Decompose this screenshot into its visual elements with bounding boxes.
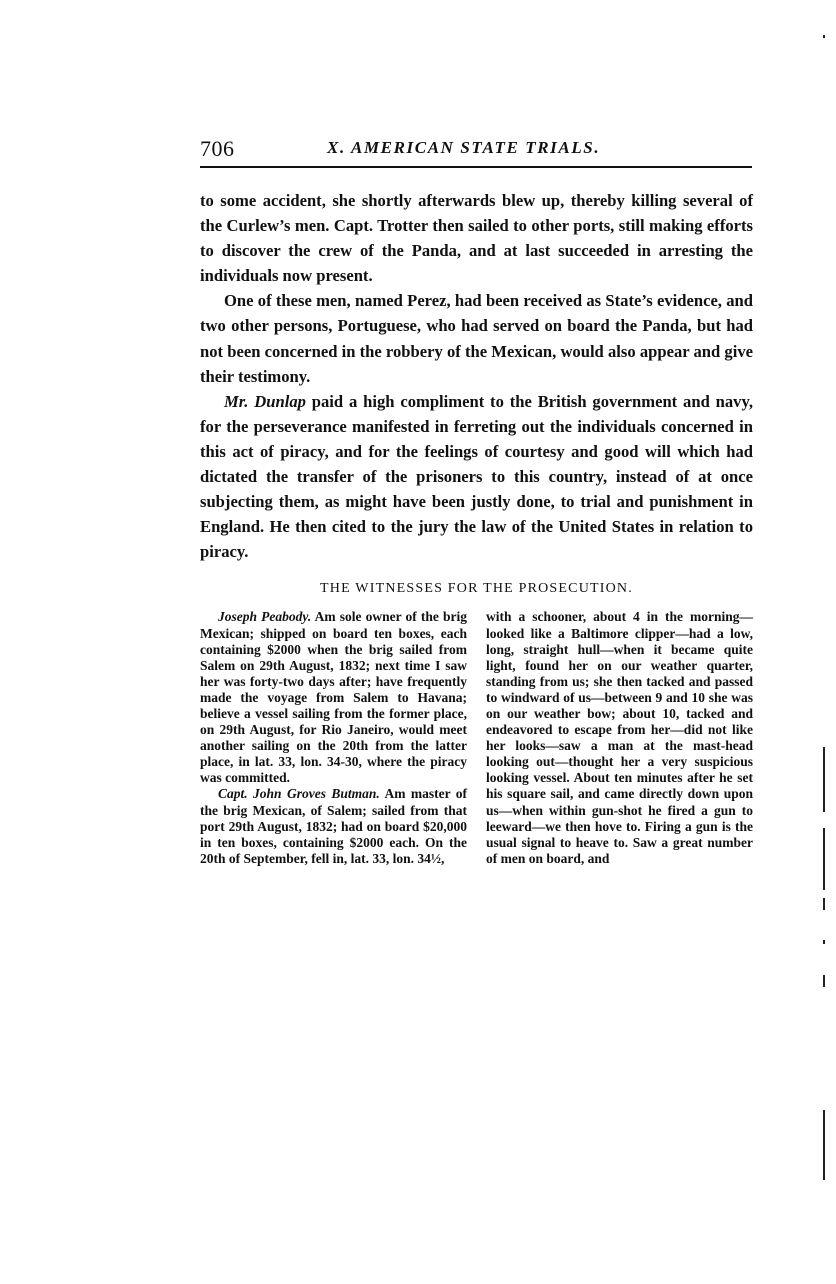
- witness-name: Capt. John Groves Butman.: [218, 786, 380, 801]
- witness-testimony: Am sole owner of the brig Mexican; shipp…: [200, 609, 467, 785]
- witness-entry: Capt. John Groves Butman. Am master of t…: [200, 786, 467, 866]
- scan-artifact: [823, 898, 825, 910]
- scan-artifact: [823, 1150, 825, 1180]
- paragraph-perez: One of these men, named Perez, had been …: [200, 288, 753, 388]
- body-text: to some accident, she shortly afterwards…: [200, 188, 753, 564]
- left-column: Joseph Peabody. Am sole owner of the bri…: [200, 609, 467, 867]
- witness-name: Joseph Peabody.: [218, 609, 311, 624]
- scan-artifact: [823, 975, 825, 987]
- right-column: with a schooner, about 4 in the morning—…: [486, 609, 753, 867]
- scan-artifact: [823, 940, 825, 944]
- page-number: 706: [200, 136, 235, 162]
- header-rule: [200, 166, 752, 168]
- running-title: X. AMERICAN STATE TRIALS.: [327, 138, 600, 158]
- scan-artifact: [823, 747, 825, 812]
- witness-testimony-continued: with a schooner, about 4 in the morning—…: [486, 609, 753, 867]
- paragraph-continuation: to some accident, she shortly afterwards…: [200, 188, 753, 288]
- running-head: 706 X. AMERICAN STATE TRIALS.: [200, 134, 753, 164]
- book-page: 706 X. AMERICAN STATE TRIALS. to some ac…: [200, 134, 753, 867]
- section-heading: THE WITNESSES FOR THE PROSECUTION.: [200, 578, 753, 600]
- witness-entry: Joseph Peabody. Am sole owner of the bri…: [200, 609, 467, 786]
- scan-artifact: [823, 35, 825, 38]
- scan-artifact: [823, 830, 825, 890]
- speaker-name: Mr. Dunlap: [224, 392, 306, 411]
- paragraph-dunlap: Mr. Dunlap paid a high compliment to the…: [200, 389, 753, 565]
- paragraph-dunlap-text: paid a high compliment to the British go…: [200, 392, 753, 562]
- witness-columns: Joseph Peabody. Am sole owner of the bri…: [200, 609, 753, 867]
